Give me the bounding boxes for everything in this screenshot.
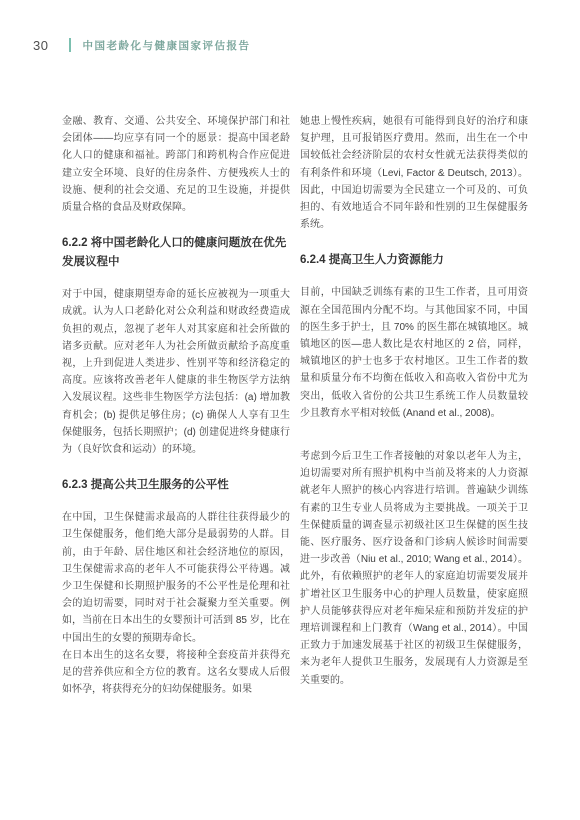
document-page: 30 中国老龄化与健康国家评估报告 金融、教育、交通、公共安全、环境保护部门和社… (0, 0, 580, 820)
paragraph-6-2-4-b: 考虑到今后卫生工作者接触的对象以老年人为主，迫切需要对所有照护机构中当前及将来的… (300, 448, 528, 689)
paragraph-continuation: 她患上慢性疾病，她很有可能得到良好的治疗和康复护理，且可报销医疗费用。然而，出生… (300, 113, 528, 233)
paragraph-6-2-4-a: 目前，中国缺乏训练有素的卫生工作者，且可用资源在全国范围内分配不均。与其他国家不… (300, 284, 528, 422)
report-title: 中国老龄化与健康国家评估报告 (82, 38, 250, 53)
section-heading-6-2-2: 6.2.2 将中国老龄化人口的健康问题放在优先发展议程中 (62, 234, 290, 272)
page-number: 30 (33, 38, 48, 53)
page-content: 金融、教育、交通、公共安全、环境保护部门和社会团体——均应享有同一个的愿景：提高… (0, 113, 580, 698)
paragraph-6-2-2: 对于中国，健康期望寿命的延长应被视为一项重大成就。认为人口老龄化对公众利益和财政… (62, 286, 290, 458)
column-right: 她患上慢性疾病，她很有可能得到良好的治疗和康复护理，且可报销医疗费用。然而，出生… (300, 113, 528, 698)
section-heading-6-2-3: 6.2.3 提高公共卫生服务的公平性 (62, 476, 290, 495)
section-heading-6-2-4: 6.2.4 提高卫生人力资源能力 (300, 251, 528, 270)
paragraph-6-2-3-b: 在日本出生的这名女婴，将接种全套疫苗并获得充足的营养供应和全方位的教育。这名女婴… (62, 647, 290, 699)
page-header: 30 中国老龄化与健康国家评估报告 (0, 0, 580, 54)
header-divider (69, 38, 71, 52)
paragraph-6-2-3-a: 在中国，卫生保健需求最高的人群往往获得最少的卫生保健服务，他们绝大部分是最弱势的… (62, 509, 290, 647)
paragraph-intro: 金融、教育、交通、公共安全、环境保护部门和社会团体——均应享有同一个的愿景：提高… (62, 113, 290, 216)
column-left: 金融、教育、交通、公共安全、环境保护部门和社会团体——均应享有同一个的愿景：提高… (62, 113, 290, 698)
